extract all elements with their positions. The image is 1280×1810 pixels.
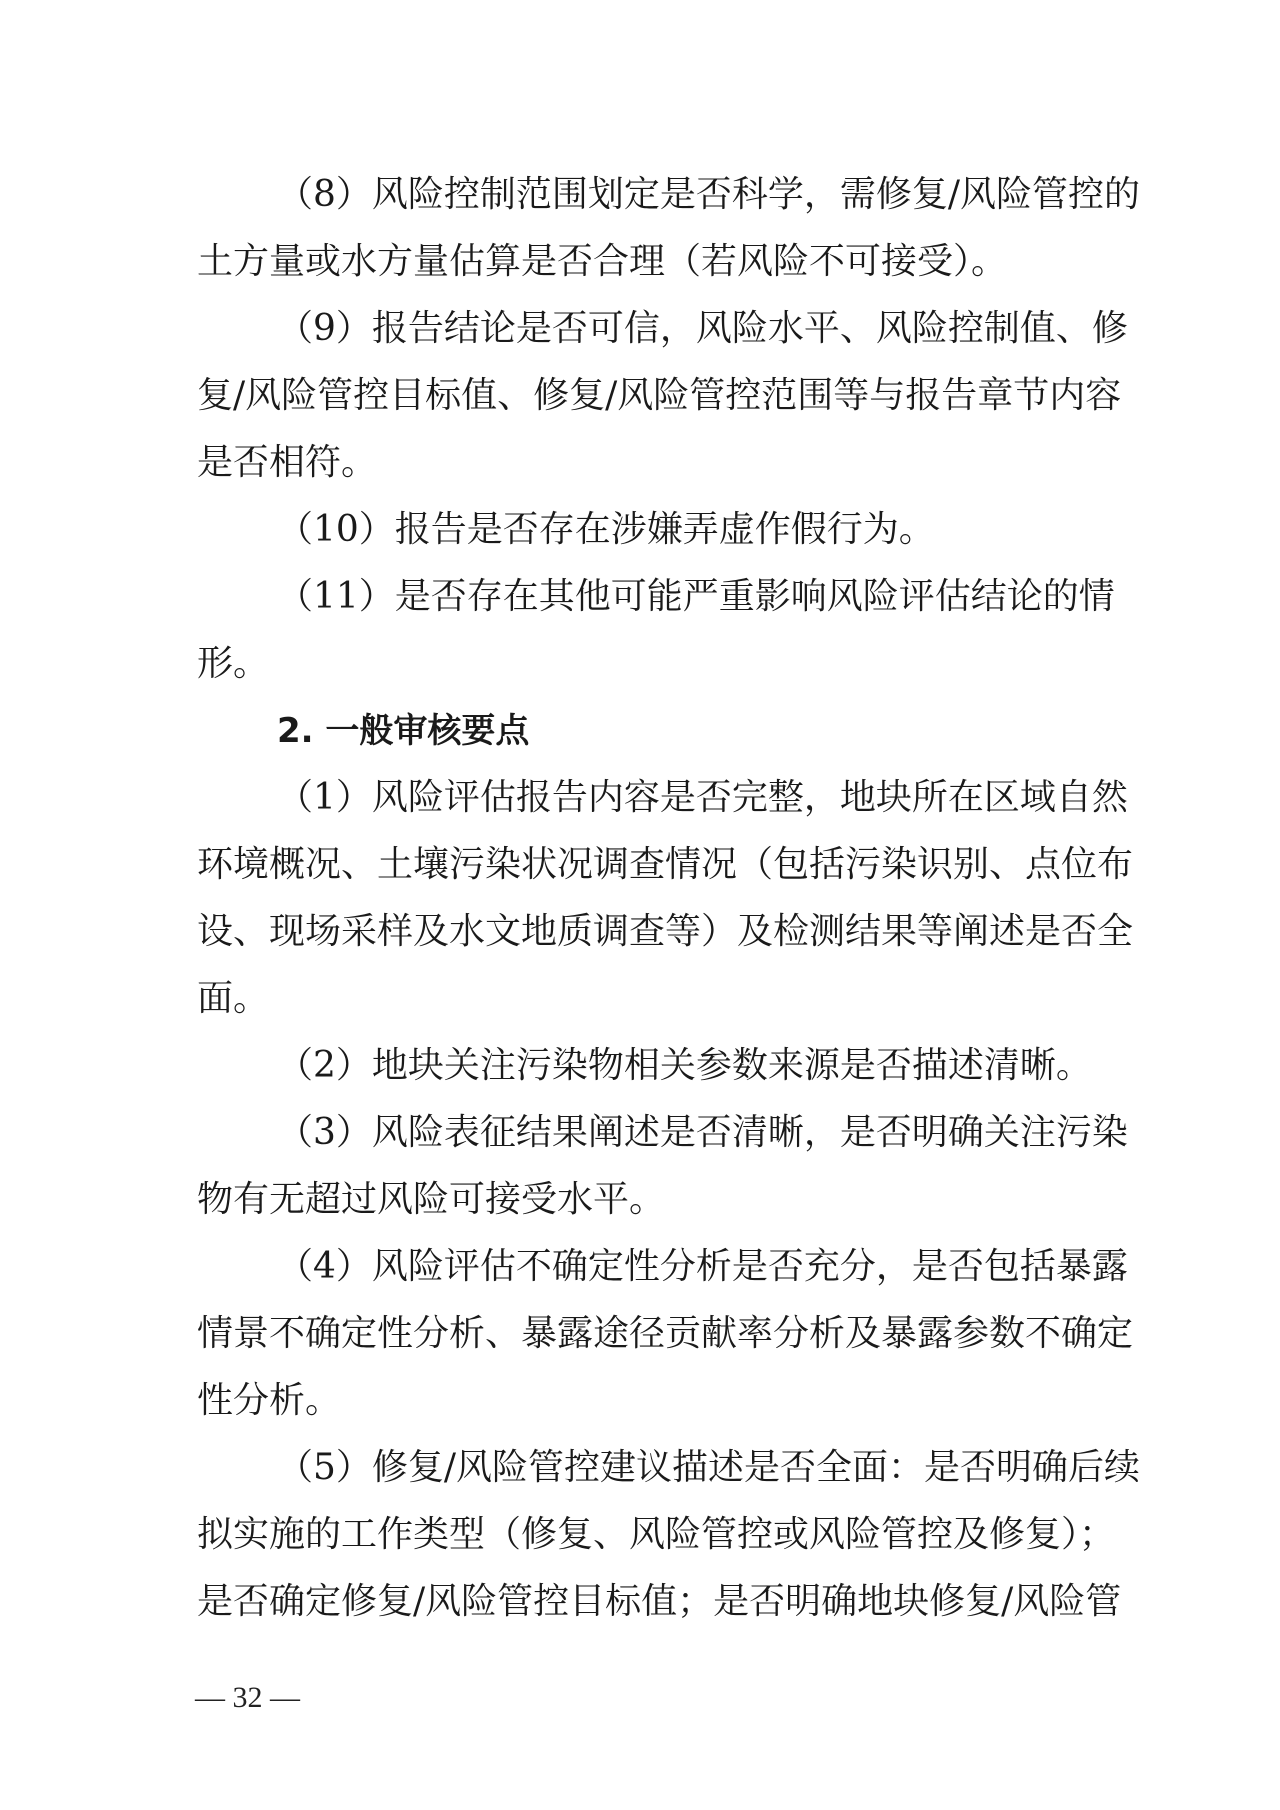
text-line: 复/风险管控目标值、修复/风险管控范围等与报告章节内容 — [197, 372, 1083, 420]
text-line: 性分析。 — [197, 1377, 1083, 1425]
text-line: 设、现场采样及水文地质调查等）及检测结果等阐述是否全 — [197, 908, 1083, 956]
text-line: 是否确定修复/风险管控目标值；是否明确地块修复/风险管 — [197, 1578, 1083, 1626]
text-line: （4）风险评估不确定性分析是否充分，是否包括暴露 — [277, 1243, 1083, 1291]
text-line: 是否相符。 — [197, 439, 1083, 487]
text-line: （11）是否存在其他可能严重影响风险评估结论的情 — [277, 573, 1083, 621]
text-line: 环境概况、土壤污染状况调查情况（包括污染识别、点位布 — [197, 841, 1083, 889]
text-line: 形。 — [197, 640, 1083, 688]
text-line: 面。 — [197, 975, 1083, 1023]
text-line: （5）修复/风险管控建议描述是否全面：是否明确后续 — [277, 1444, 1083, 1492]
document-page: （8）风险控制范围划定是否科学，需修复/风险管控的土方量或水方量估算是否合理（若… — [0, 0, 1280, 1810]
text-line: （2）地块关注污染物相关参数来源是否描述清晰。 — [277, 1042, 1083, 1090]
text-line: （1）风险评估报告内容是否完整，地块所在区域自然 — [277, 774, 1083, 822]
text-line: 拟实施的工作类型（修复、风险管控或风险管控及修复）； — [197, 1511, 1083, 1559]
text-line: 情景不确定性分析、暴露途径贡献率分析及暴露参数不确定 — [197, 1310, 1083, 1358]
text-line: （10）报告是否存在涉嫌弄虚作假行为。 — [277, 506, 1083, 554]
text-line: （3）风险表征结果阐述是否清晰，是否明确关注污染 — [277, 1109, 1083, 1157]
text-line: 土方量或水方量估算是否合理（若风险不可接受）。 — [197, 238, 1083, 286]
text-line: （8）风险控制范围划定是否科学，需修复/风险管控的 — [277, 171, 1083, 219]
section-heading: 2. 一般审核要点 — [277, 707, 1083, 755]
page-number: — 32 — — [195, 1676, 300, 1720]
text-line: 物有无超过风险可接受水平。 — [197, 1176, 1083, 1224]
text-line: （9）报告结论是否可信，风险水平、风险控制值、修 — [277, 305, 1083, 353]
